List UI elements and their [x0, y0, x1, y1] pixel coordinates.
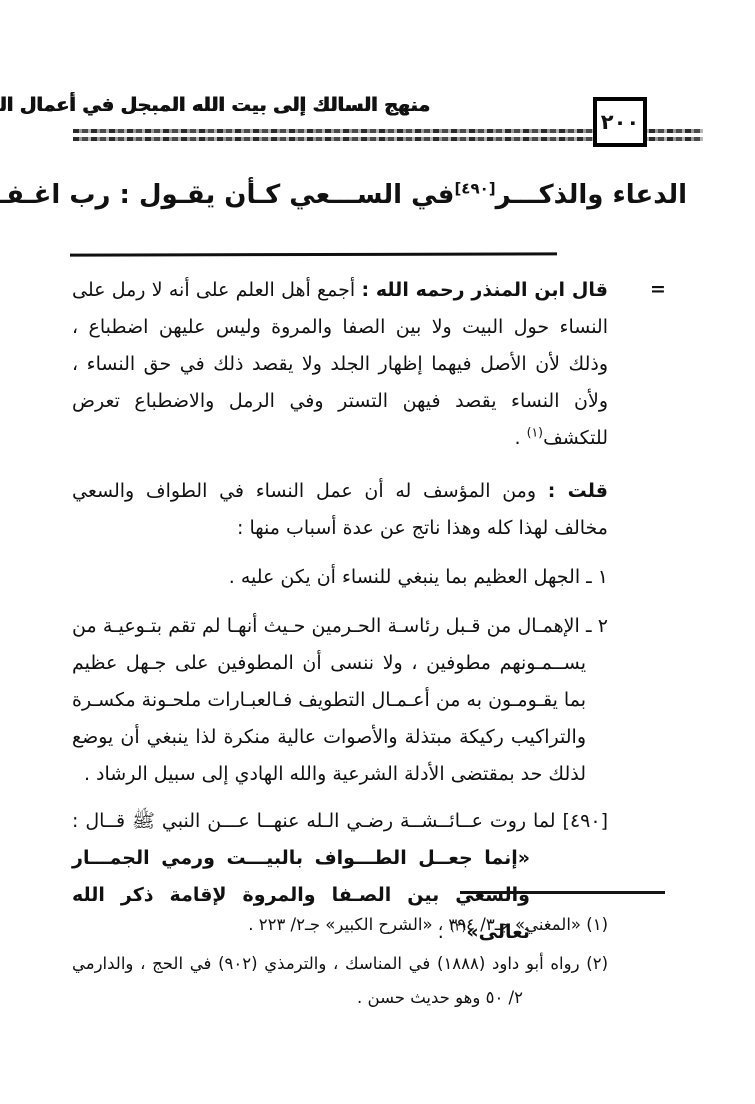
- speaker-lead: قلت :: [548, 480, 608, 502]
- sentence-end: .: [514, 427, 526, 449]
- paragraph-ibn-mundhir: قال ابن المنذر رحمه الله : أجمع أهل العل…: [72, 272, 608, 457]
- footnote-2: (٢) رواه أبو داود (١٨٨٨) في المناسك ، وا…: [72, 947, 608, 1015]
- section-heading: الدعاء والذكـــر[٤٩٠] في الســـعي كـأن ي…: [70, 172, 687, 218]
- footnotes-block: (١) «المغني» جـ٣/ ٣٩٤ ، «الشرح الكبير» ج…: [72, 908, 608, 1015]
- speaker-lead: قال ابن المنذر رحمه الله :: [361, 279, 608, 301]
- footnote-1: (١) «المغني» جـ٣/ ٣٩٤ ، «الشرح الكبير» ج…: [72, 908, 608, 942]
- list-item-1: ١ ـ الجهل العظيم بما ينبغي للنساء أن يكن…: [72, 559, 608, 596]
- paragraph-text: ومن المؤسف له أن عمل النساء في الطواف وا…: [72, 480, 608, 539]
- page-number: ٢٠٠: [601, 110, 639, 134]
- footnote-separator-rule: [460, 891, 665, 894]
- paragraph-qultu: قلت : ومن المؤسف له أن عمل النساء في الط…: [72, 473, 608, 547]
- footnote-block-number: [٤٩٠]: [563, 810, 608, 832]
- body-text: قال ابن المنذر رحمه الله : أجمع أهل العل…: [72, 272, 608, 951]
- heading-divider-rule: [70, 252, 557, 256]
- heading-text-start: الدعاء والذكـــر[٤٩٠]: [454, 172, 687, 218]
- paragraph-text: أجمع أهل العلم على أنه لا رمل على النساء…: [72, 279, 608, 449]
- footnote-continuation-marker: =: [650, 278, 666, 300]
- book-page: منهج السالك إلى بيت الله المبجل في أعمال…: [0, 0, 755, 1104]
- running-head-book-title: منهج السالك إلى بيت الله المبجل في أعمال…: [70, 94, 430, 116]
- narration-text: لما روت عــائــشــة رضـي الـله عنهــا عـ…: [72, 810, 556, 832]
- page-number-box: ٢٠٠: [593, 97, 647, 147]
- footnote-ref-1: (١): [527, 425, 544, 440]
- list-item-2: ٢ ـ الإهمـال من قـبل رئاسـة الحـرمين حـي…: [72, 608, 608, 793]
- heading-text-end: في الســـعي كـأن يقـول : رب اغـفـر وارحـ…: [0, 172, 454, 218]
- heading-footnote-ref: [٤٩٠]: [454, 179, 495, 197]
